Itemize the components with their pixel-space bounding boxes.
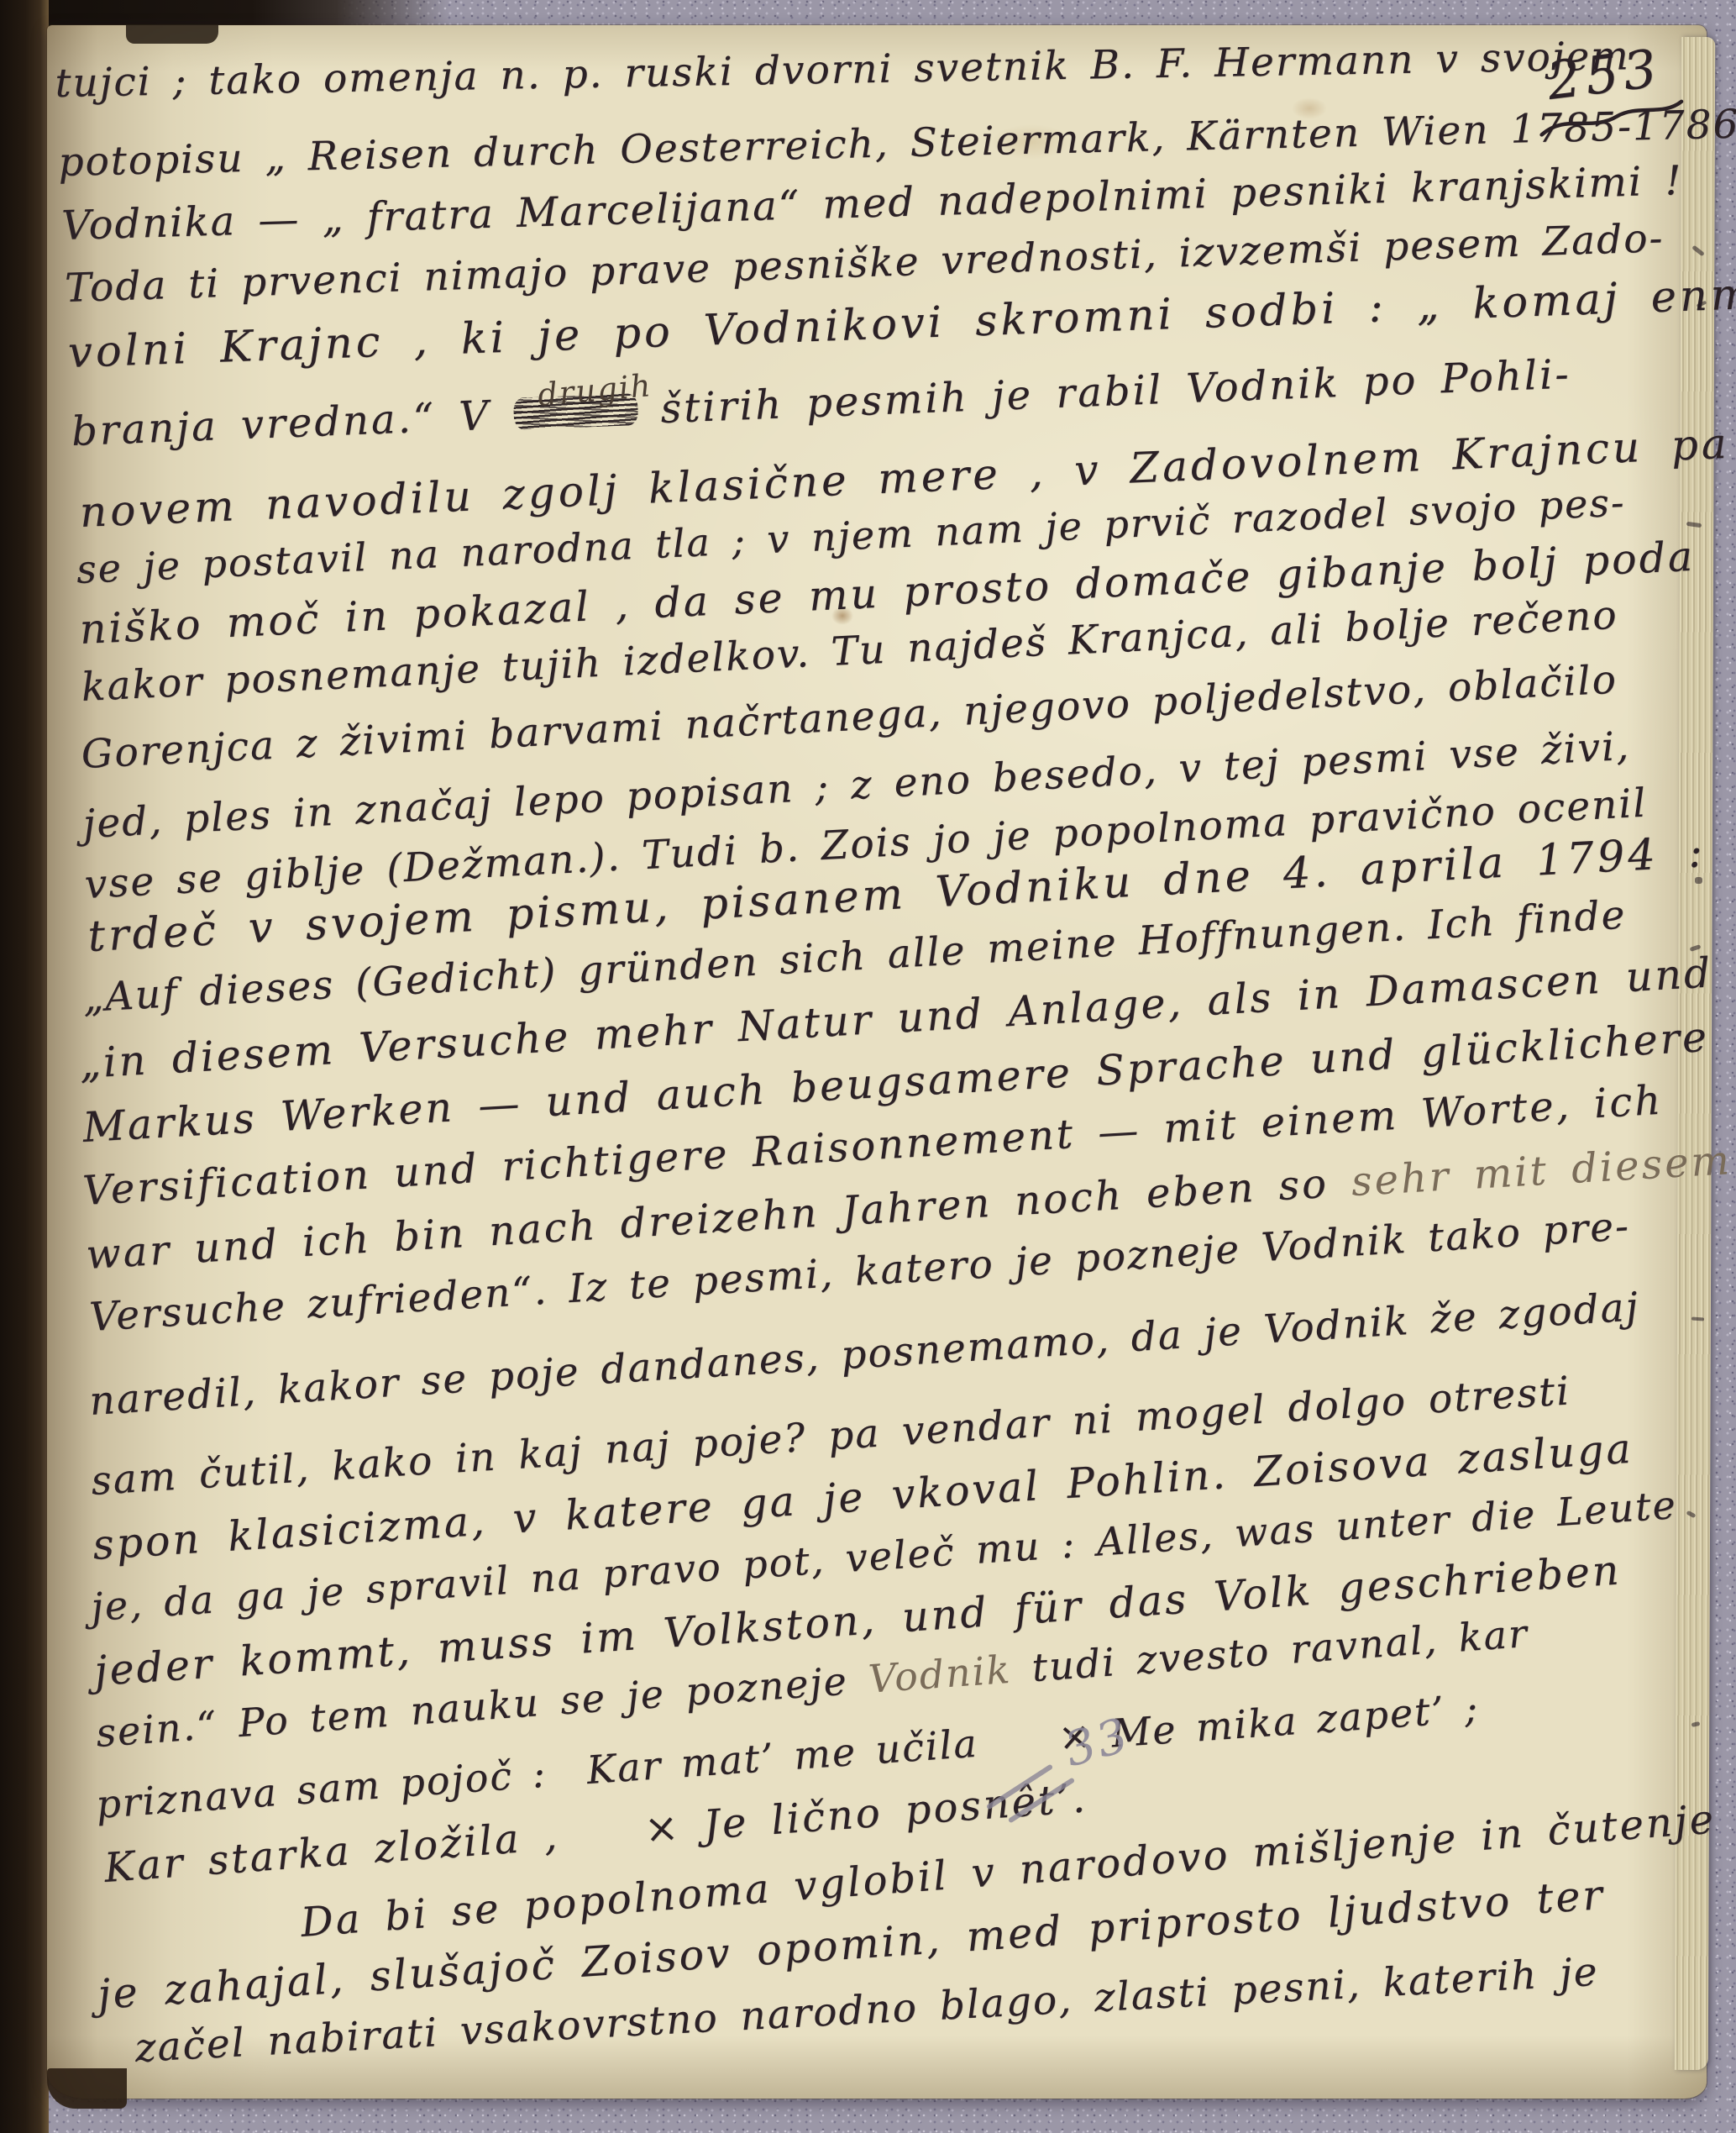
manuscript-text: tujci ; tako omenja n. p. ruski dvorni s…: [0, 0, 1736, 2133]
line-segment: branja vredna.“ V: [71, 391, 514, 455]
ink-bleed-mark: [1695, 877, 1702, 884]
line-segment: Vodnik: [867, 1647, 1013, 1702]
manuscript-line-1: tujci ; tako omenja n. p. ruski dvorni s…: [55, 36, 1630, 103]
line-segment: štirih pesmih je rabil Vodnik po Pohli-: [637, 350, 1571, 433]
line-segment: tujci ; tako omenja n. p. ruski dvorni s…: [55, 33, 1630, 107]
line-segment: sehr mit diesem: [1350, 1137, 1733, 1206]
